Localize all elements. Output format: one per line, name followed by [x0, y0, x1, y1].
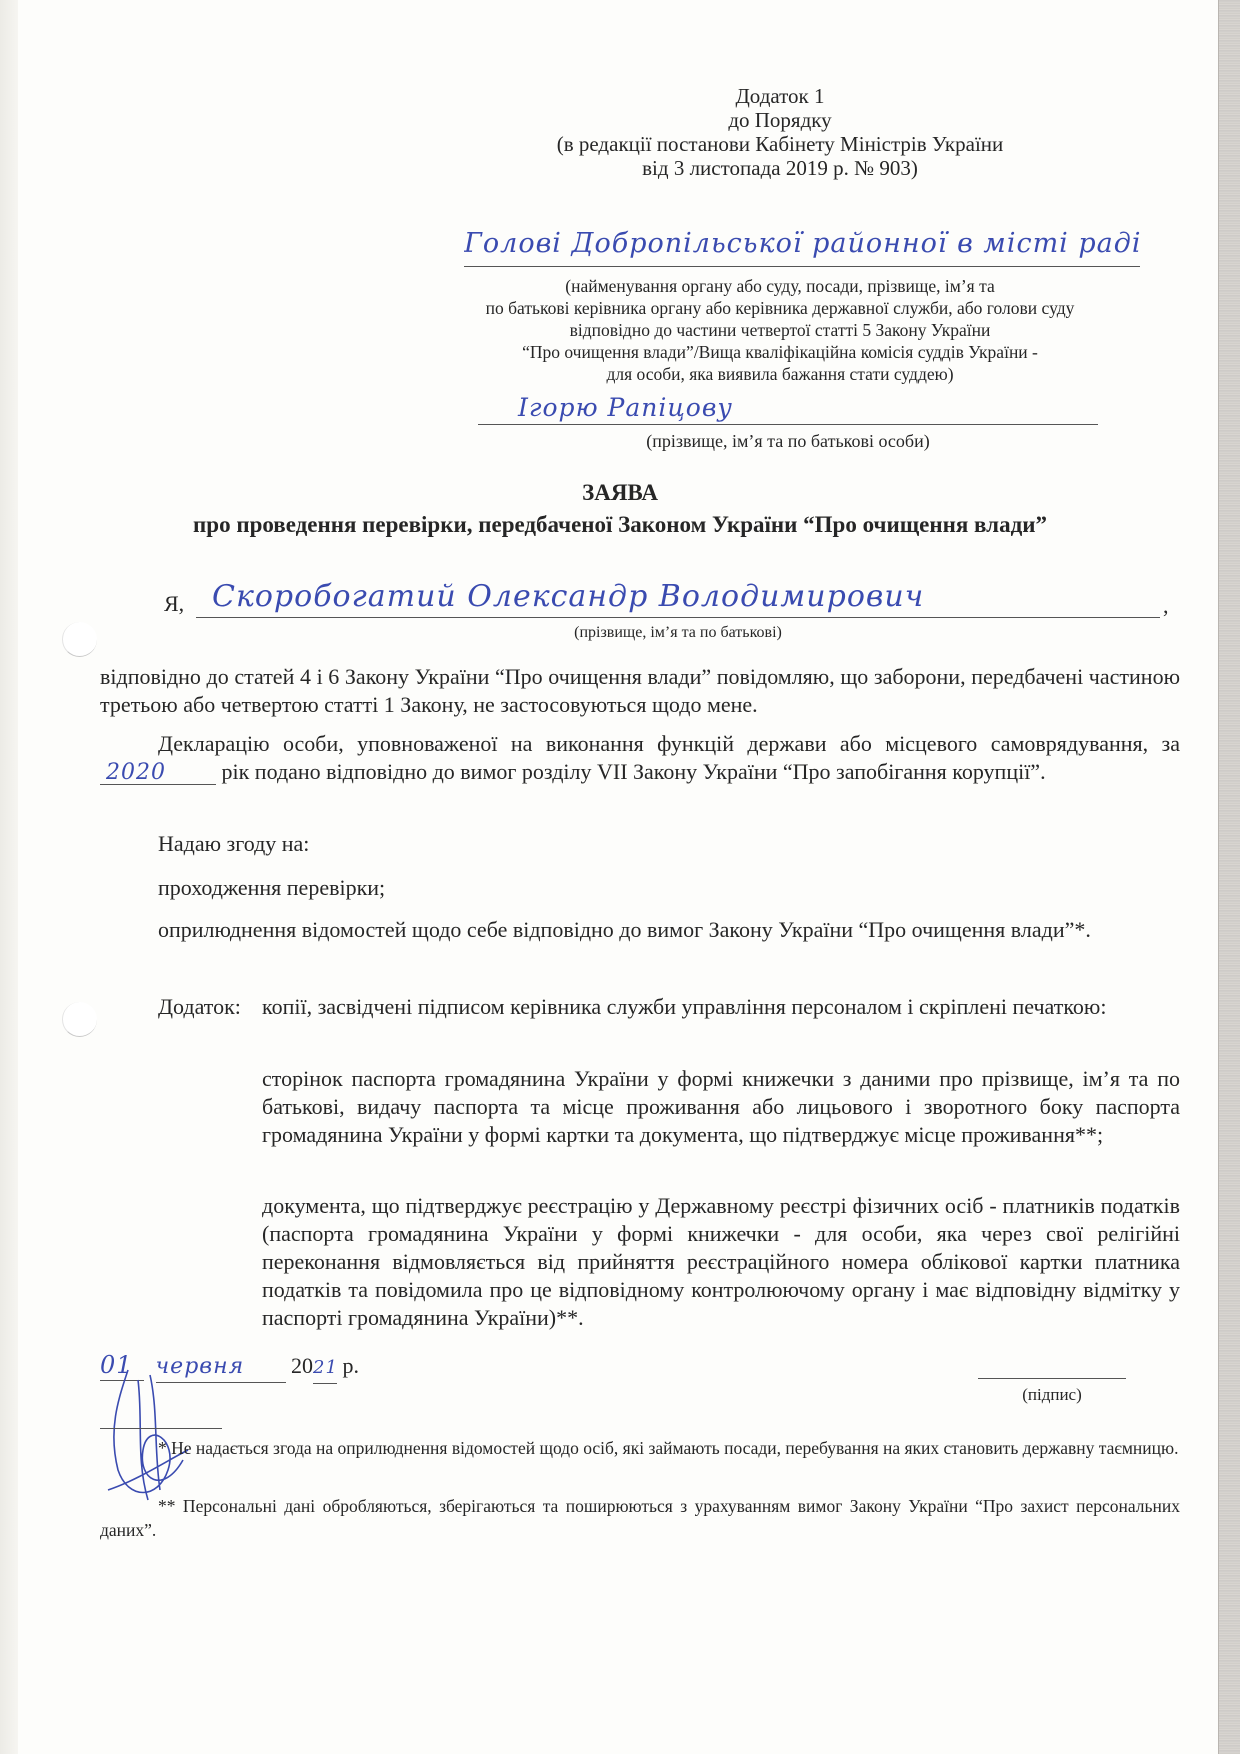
edition-label: (в редакції постанови Кабінету Міністрів…: [500, 132, 1060, 156]
attachment-intro: копії, засвідчені підписом керівника слу…: [262, 993, 1180, 1021]
footnote-2: ** Персональні дані обробляються, зберіг…: [100, 1494, 1180, 1542]
declaration-text-after: рік подано відповідно до вимог розділу V…: [222, 759, 1046, 784]
declaration-year-field[interactable]: 2020: [100, 762, 216, 785]
annex-label: Додаток 1: [500, 84, 1060, 108]
applicant-suffix: ,: [1163, 592, 1169, 620]
addressee-caption-line: для особи, яка виявила бажання стати суд…: [420, 363, 1140, 385]
signature-line[interactable]: [978, 1376, 1126, 1379]
body-paragraph-2: Декларацію особи, уповноваженої на викон…: [100, 730, 1180, 786]
to-order-label: до Порядку: [500, 108, 1060, 132]
person-handwritten-field[interactable]: Ігорю Рапіцову: [478, 393, 1098, 425]
signature-caption: (підпис): [978, 1384, 1126, 1406]
scan-edge-left: [0, 0, 18, 1754]
addressee-caption-line: “Про очищення влади”/Вища кваліфікаційна…: [420, 341, 1140, 363]
consent-item-2: оприлюднення відомостей щодо себе відпов…: [100, 916, 1180, 944]
consent-intro: Надаю згоду на:: [158, 830, 1178, 858]
footnote-1: * Не надається згода на оприлюднення від…: [100, 1436, 1180, 1460]
page-subtitle: про проведення перевірки, передбаченої З…: [60, 510, 1180, 540]
header-block: Додаток 1 до Порядку (в редакції постано…: [500, 84, 1060, 180]
addressee-caption-line: по батькові керівника органу або керівни…: [420, 297, 1140, 319]
applicant-caption: (прізвище, ім’я та по батькові): [196, 623, 1160, 643]
addressee-caption: (найменування органу або суду, посади, п…: [420, 275, 1140, 385]
addressee-caption-line: (найменування органу або суду, посади, п…: [420, 275, 1140, 297]
date-year-field[interactable]: 21: [313, 1353, 337, 1384]
punch-hole-top: [62, 622, 97, 657]
footnote-separator: [100, 1426, 222, 1429]
handwritten-signature-icon: [88, 1360, 198, 1510]
date-year-unit: р.: [343, 1353, 360, 1378]
consent-item-1: проходження перевірки;: [158, 874, 1178, 902]
declaration-text-before: Декларацію особи, уповноваженої на викон…: [158, 731, 1180, 756]
addressee-handwritten-field[interactable]: Голові Добропільської районної в місті р…: [464, 222, 1140, 267]
date-year-prefix: 20: [291, 1353, 313, 1378]
addressee-caption-line: відповідно до частини четвертої статті 5…: [420, 319, 1140, 341]
attachment-item-2: документа, що підтверджує реєстрацію у Д…: [262, 1192, 1180, 1332]
attachment-label: Додаток:: [158, 993, 258, 1021]
applicant-name-field[interactable]: Скоробогатий Олександр Володимирович: [196, 576, 1160, 618]
applicant-prefix: Я,: [164, 590, 184, 618]
resolution-label: від 3 листопада 2019 р. № 903): [500, 156, 1060, 180]
page-title: ЗАЯВА: [60, 478, 1180, 508]
scan-edge-right: [1218, 0, 1240, 1754]
person-caption: (прізвище, ім’я та по батькові особи): [478, 430, 1098, 452]
body-paragraph-1: відповідно до статей 4 і 6 Закону Україн…: [100, 663, 1180, 719]
attachment-item-1: сторінок паспорта громадянина України у …: [262, 1065, 1180, 1149]
punch-hole-bottom: [62, 1002, 97, 1037]
